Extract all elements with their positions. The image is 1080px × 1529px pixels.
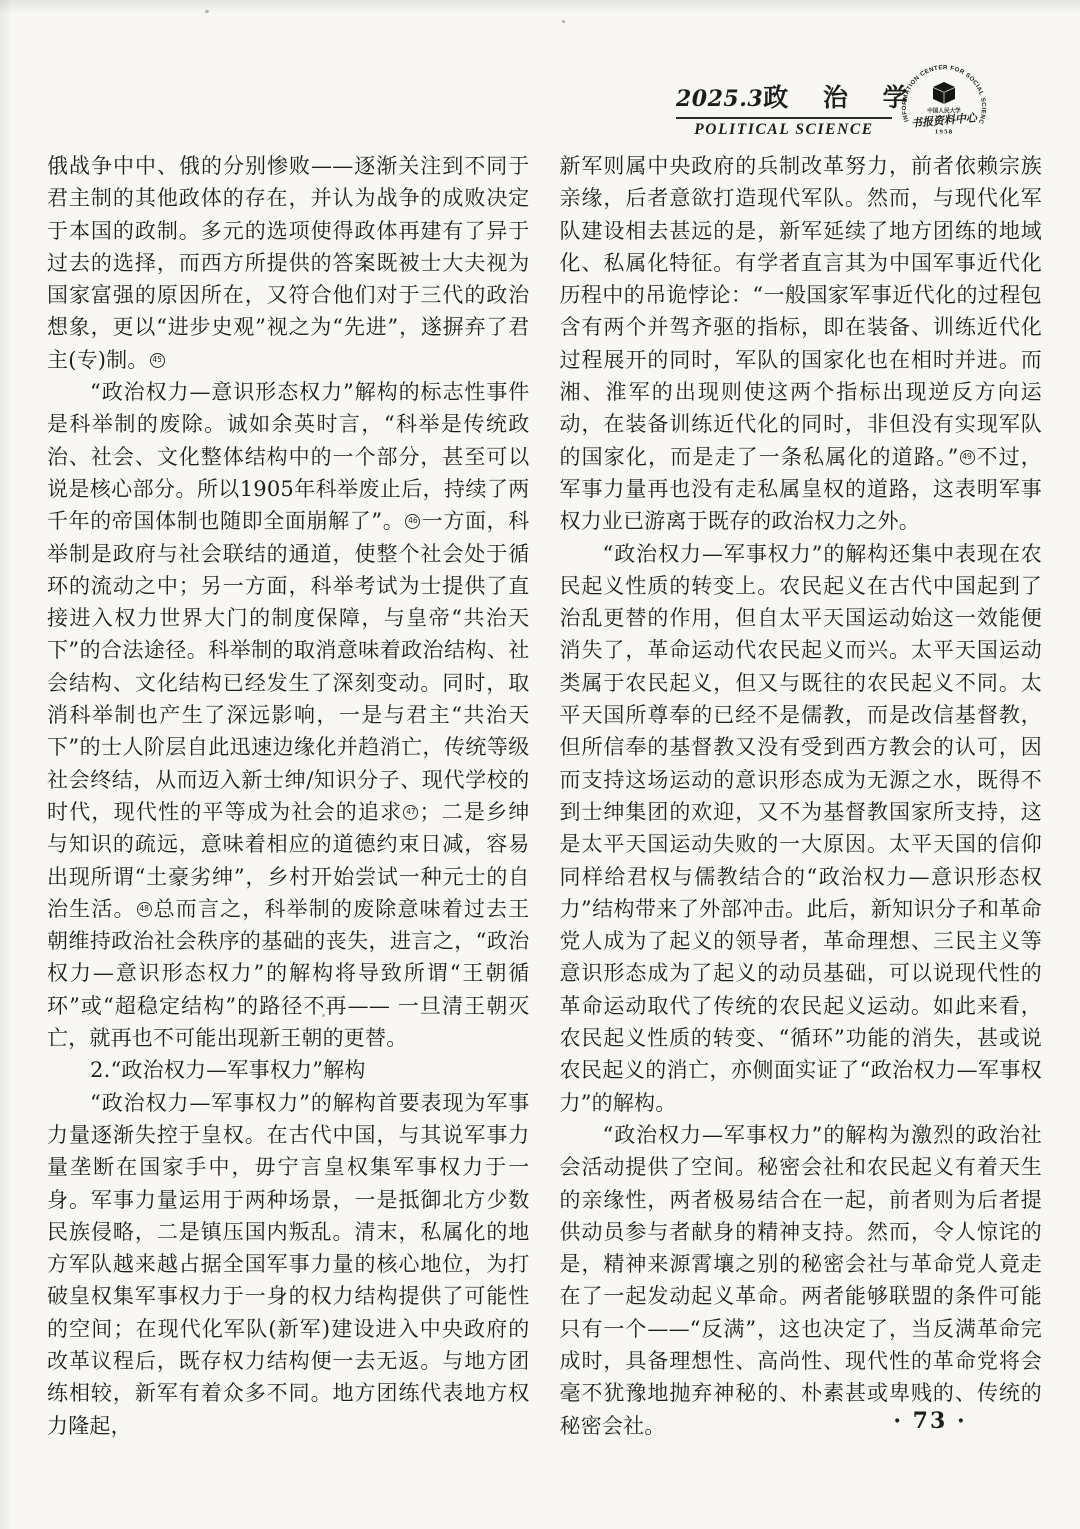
scan-shadow-top xyxy=(0,0,1080,14)
scan-shadow-left xyxy=(0,0,12,1529)
right-column: 新军则属中央政府的兵制改革努力，前者依赖宗族亲缘，后者意欲打造现代军队。然而，与… xyxy=(560,150,1043,1442)
scan-speck xyxy=(205,10,209,13)
publisher-seal: INFORMATION CENTER FOR SOCIAL SCIENCES 中… xyxy=(898,60,990,150)
article-body: 俄战争中中、俄的分别惨败——逐渐关注到不同于君主制的其他政体的存在，并认为战争的… xyxy=(47,150,1042,1442)
footnote-marker: 47 xyxy=(403,805,418,820)
scan-speck xyxy=(562,20,565,23)
footnote-marker: 46 xyxy=(405,514,420,529)
footnote-marker: 48 xyxy=(137,902,152,917)
journal-title-en: POLITICAL SCIENCE xyxy=(676,121,892,139)
journal-header-row: 2025.3 政 治 学 xyxy=(676,78,892,119)
paragraph: 俄战争中中、俄的分别惨败——逐渐关注到不同于君主制的其他政体的存在，并认为战争的… xyxy=(47,150,530,376)
book-icon xyxy=(933,82,955,104)
journal-header: 2025.3 政 治 学 POLITICAL SCIENCE xyxy=(676,78,892,139)
page-number: · 73 · xyxy=(870,1408,990,1434)
footnote-marker: 45 xyxy=(150,353,165,368)
paragraph: “政治权力—军事权力”的解构还集中表现在农民起义性质的转变上。农民起义在古代中国… xyxy=(560,538,1043,1119)
issue-number: 2025.3 xyxy=(676,86,763,112)
paragraph: “政治权力—军事权力”的解构首要表现为军事力量逐渐失控于皇权。在古代中国，与其说… xyxy=(47,1087,530,1442)
seal-center-cn: 书报资料中心 xyxy=(911,111,980,130)
section-heading: 2.“政治权力—军事权力”解构 xyxy=(47,1054,530,1086)
seal-year: 1958 xyxy=(935,130,953,136)
scanned-journal-page: 2025.3 政 治 学 POLITICAL SCIENCE INFORMATI… xyxy=(0,0,1080,1529)
paragraph: 新军则属中央政府的兵制改革努力，前者依赖宗族亲缘，后者意欲打造现代军队。然而，与… xyxy=(560,150,1043,538)
journal-title-cn: 政 治 学 xyxy=(763,78,920,114)
left-column: 俄战争中中、俄的分别惨败——逐渐关注到不同于君主制的其他政体的存在，并认为战争的… xyxy=(47,150,530,1442)
footnote-marker: 49 xyxy=(960,450,975,465)
paragraph: “政治权力—军事权力”的解构为激烈的政治社会活动提供了空间。秘密会社和农民起义有… xyxy=(560,1119,1043,1442)
paragraph: “政治权力—意识形态权力”解构的标志性事件是科举制的废除。诚如余英时言，“科举是… xyxy=(47,376,530,1054)
